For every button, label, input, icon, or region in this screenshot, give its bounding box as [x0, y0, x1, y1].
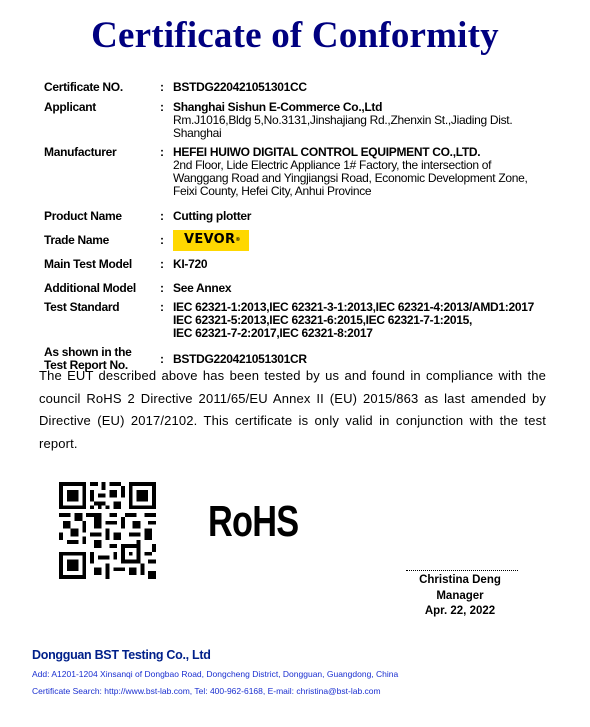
test-standard-line: IEC 62321-1:2013,IEC 62321-3-1:2013,IEC …: [173, 300, 534, 314]
certificate-fields: Certificate NO. : BSTDG220421051301CC Ap…: [44, 81, 564, 372]
field-label: Manufacturer: [44, 146, 160, 198]
field-main-test-model: Main Test Model : KI-720: [44, 258, 564, 271]
field-label: As shown in the: [44, 345, 132, 359]
rohs-logo: RoHS: [208, 497, 298, 547]
field-colon: :: [160, 353, 173, 366]
test-report-number: BSTDG220421051301CR: [173, 353, 564, 366]
field-product-name: Product Name : Cutting plotter: [44, 210, 564, 223]
applicant-name: Shanghai Sishun E-Commerce Co.,Ltd: [173, 100, 382, 114]
field-manufacturer: Manufacturer : HEFEI HUIWO DIGITAL CONTR…: [44, 146, 564, 198]
field-certificate-no: Certificate NO. : BSTDG220421051301CC: [44, 81, 564, 94]
test-standard-line: IEC 62321-5:2013,IEC 62321-6:2015,IEC 62…: [173, 313, 472, 327]
field-trade-name: Trade Name : VEVOR®: [44, 230, 564, 251]
field-label: Main Test Model: [44, 258, 160, 271]
applicant-address: Rm.J1016,Bldg 5,No.3131,Jinshajiang Rd.,…: [173, 113, 512, 127]
issuer-contact: Certificate Search: http://www.bst-lab.c…: [32, 686, 398, 696]
field-colon: :: [160, 301, 173, 340]
compliance-statement: The EUT described above has been tested …: [39, 365, 546, 455]
field-label: Additional Model: [44, 282, 160, 295]
manufacturer-name: HEFEI HUIWO DIGITAL CONTROL EQUIPMENT CO…: [173, 145, 480, 159]
certificate-number: BSTDG220421051301CC: [173, 81, 564, 94]
field-colon: :: [160, 258, 173, 271]
manufacturer-address-line: Wanggang Road and Yingjiangsi Road, Econ…: [173, 171, 528, 185]
signatory-name: Christina Deng: [398, 573, 522, 589]
issuer-company: Dongguan BST Testing Co., Ltd: [32, 648, 398, 662]
test-standard-line: IEC 62321-7-2:2017,IEC 62321-8:2017: [173, 326, 373, 340]
signature-block: Christina Deng Manager Apr. 22, 2022: [398, 562, 522, 620]
signature-line: [406, 562, 518, 571]
field-additional-model: Additional Model : See Annex: [44, 282, 564, 295]
field-colon: :: [160, 234, 173, 247]
field-label: Test Standard: [44, 301, 160, 340]
vevor-logo: VEVOR®: [173, 230, 249, 251]
issue-date: Apr. 22, 2022: [398, 604, 522, 620]
additional-model: See Annex: [173, 282, 564, 295]
field-test-standard: Test Standard : IEC 62321-1:2013,IEC 623…: [44, 301, 564, 340]
field-colon: :: [160, 101, 173, 140]
product-name: Cutting plotter: [173, 210, 564, 223]
issuer-address: Add: A1201-1204 Xinsanqi of Dongbao Road…: [32, 669, 398, 679]
field-colon: :: [160, 81, 173, 94]
field-label: Certificate NO.: [44, 81, 160, 94]
main-test-model: KI-720: [173, 258, 564, 271]
applicant-city: Shanghai: [173, 126, 221, 140]
signatory-title: Manager: [398, 589, 522, 605]
field-applicant: Applicant : Shanghai Sishun E-Commerce C…: [44, 101, 564, 140]
field-label: Trade Name: [44, 234, 160, 247]
field-colon: :: [160, 146, 173, 198]
manufacturer-address-line: Feixi County, Hefei City, Anhui Province: [173, 184, 371, 198]
field-label: Applicant: [44, 101, 160, 140]
manufacturer-address-line: 2nd Floor, Lide Electric Appliance 1# Fa…: [173, 158, 491, 172]
footer: Dongguan BST Testing Co., Ltd Add: A1201…: [32, 648, 398, 696]
field-colon: :: [160, 210, 173, 223]
certificate-title: Certificate of Conformity: [0, 14, 590, 57]
qr-code: [59, 482, 156, 579]
field-colon: :: [160, 282, 173, 295]
field-label: Product Name: [44, 210, 160, 223]
